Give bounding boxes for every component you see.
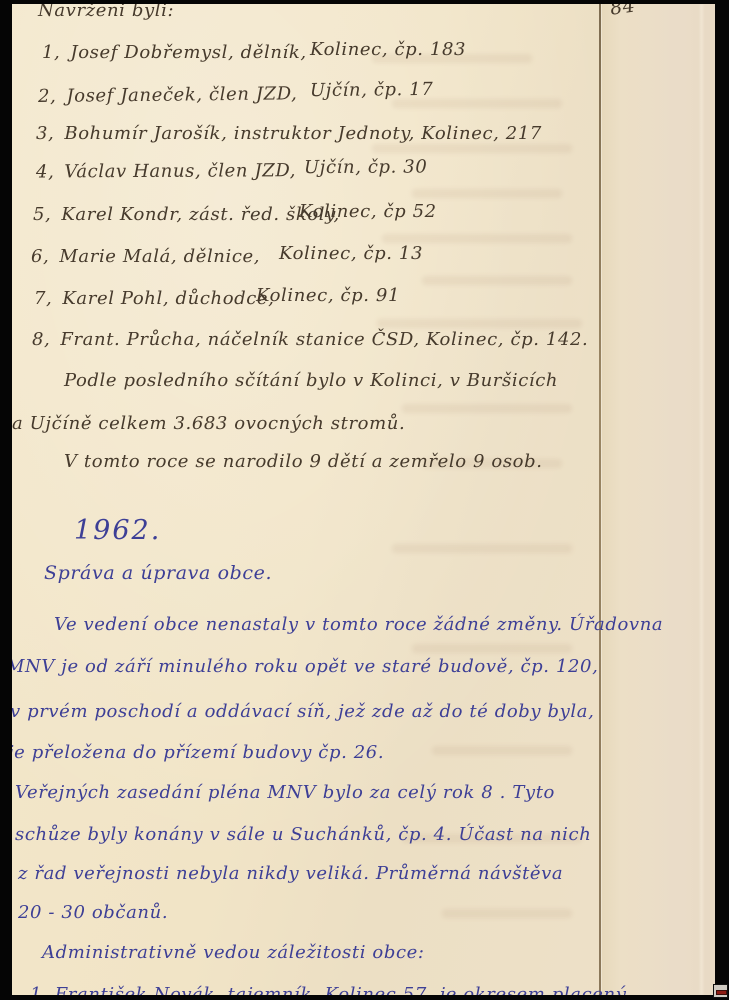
body-line: schůze byly konány v sále u Suchánků, čp… (15, 824, 591, 845)
bleedthrough-smudge (442, 909, 572, 918)
body-line: 20 - 30 občanů. (18, 902, 168, 923)
item-number: 5, (33, 204, 51, 225)
viewer-corner-icon[interactable] (713, 984, 728, 998)
item-number: 6, (31, 246, 49, 267)
paper-crease (700, 4, 703, 995)
item-number: 7, (34, 288, 52, 309)
body-line: MNV je od září minulého roku opět ve sta… (12, 656, 598, 677)
item-number: 4, (36, 161, 54, 182)
list-item: 7,Karel Pohl, důchodce,Kolinec, čp. 91 (34, 288, 609, 309)
bleedthrough-smudge (392, 544, 572, 553)
list-item: 4,Václav Hanus, člen JZD,Ujčín, čp. 30 (36, 158, 611, 182)
page-edge-line (599, 4, 601, 995)
item-text: Bohumír Jarošík, instruktor Jednoty, Kol… (64, 123, 542, 144)
item-number: 3, (36, 123, 54, 144)
item-text: Karel Pohl, důchodce, (62, 288, 274, 309)
bleedthrough-smudge (412, 189, 562, 198)
item-text: Josef Janeček, člen JZD, (66, 83, 297, 106)
body-line: 1. František Novák, tajemník, Kolinec 57… (30, 984, 626, 995)
list-item: 1,Josef Dobřemysl, dělník,Kolinec, čp. 1… (42, 42, 617, 63)
item-number: 2, (38, 86, 57, 107)
bleedthrough-smudge (422, 276, 572, 285)
item-text: Josef Dobřemysl, dělník, (70, 42, 306, 63)
bleedthrough-smudge (412, 644, 572, 653)
body-line: v prvém poschodí a oddávací síň, jež zde… (12, 701, 594, 722)
list-item: 6,Marie Malá, dělnice,Kolinec, čp. 13 (31, 246, 606, 267)
bleedthrough-smudge (402, 404, 572, 413)
list-item: 3,Bohumír Jarošík, instruktor Jednoty, K… (36, 123, 611, 144)
item-text: Václav Hanus, člen JZD, (64, 160, 296, 182)
list-item: 5,Karel Kondr, zást. řed. školy,Kolinec,… (33, 204, 608, 225)
item-place: Ujčín, čp. 30 (304, 156, 427, 178)
item-place: Kolinec, čp. 183 (310, 39, 466, 60)
section-heading: Správa a úprava obce. (44, 562, 272, 584)
body-line: Administrativně vedou záležitosti obce: (42, 942, 425, 963)
item-place: Kolinec, čp. 13 (279, 243, 423, 264)
year-heading: 1962. (74, 515, 161, 546)
paragraph-vital-stats: V tomto roce se narodilo 9 dětí a zemřel… (64, 451, 543, 472)
body-line: z řad veřejnosti nebyla nikdy veliká. Pr… (18, 863, 563, 884)
item-text: Marie Malá, dělnice, (59, 246, 260, 267)
item-number: 1, (42, 42, 60, 63)
body-line: je přeložena do přízemí budovy čp. 26. (12, 742, 384, 763)
paragraph-census-line1: Podle posledního sčítání bylo v Kolinci,… (64, 370, 558, 391)
page-edge-band (600, 4, 715, 995)
item-place: Kolinec, čp 52 (299, 201, 437, 222)
list-heading: Navrženi byli: (38, 4, 174, 21)
bleedthrough-smudge (377, 319, 582, 328)
list-item: 8,Frant. Průcha, náčelník stanice ČSD, K… (32, 329, 607, 350)
item-text: Frant. Průcha, náčelník stanice ČSD, Kol… (60, 329, 588, 350)
item-place: Kolinec, čp. 91 (256, 285, 400, 306)
bleedthrough-smudge (372, 144, 572, 153)
paragraph-census-line2: a Ujčíně celkem 3.683 ovocných stromů. (12, 413, 405, 434)
item-number: 8, (32, 329, 50, 350)
bleedthrough-smudge (432, 746, 572, 755)
paper-sheet: 84 Navrženi byli: 1,Josef Dobřemysl, děl… (12, 4, 715, 995)
item-place: Ujčín, čp. 17 (310, 79, 434, 101)
body-line: Ve vedení obce nenastaly v tomto roce žá… (54, 614, 663, 635)
viewer-corner-icon-bar (716, 990, 727, 995)
bleedthrough-smudge (382, 234, 572, 243)
body-line: Veřejných zasedání pléna MNV bylo za cel… (15, 782, 555, 803)
scanned-chronicle-page: 84 Navrženi byli: 1,Josef Dobřemysl, děl… (0, 0, 729, 1000)
